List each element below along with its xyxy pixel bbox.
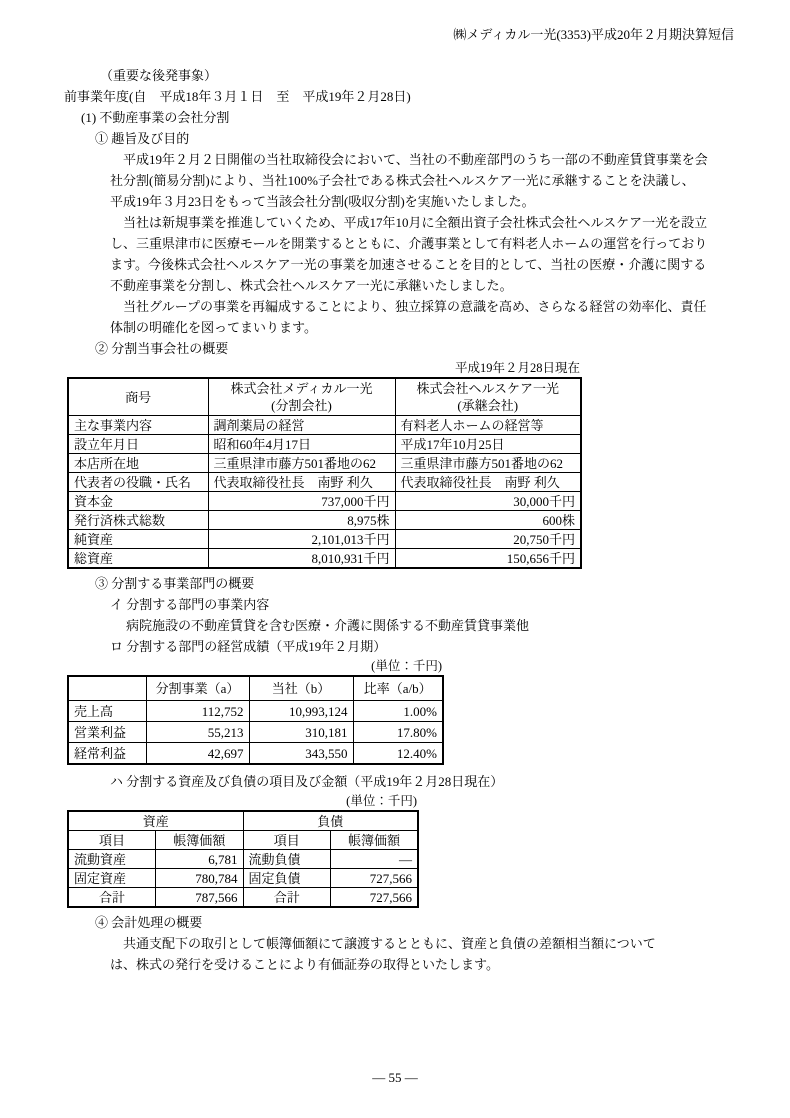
table-row-total: 合計 787,566 合計 727,566 bbox=[68, 888, 418, 908]
split-parties-table: 商号 株式会社メディカル一光 (分割会社) 株式会社ヘルスケア一光 (承継会社)… bbox=[67, 377, 582, 569]
prior-fiscal-year-line: 前事業年度(自 平成18年３月１日 至 平成19年２月28日) bbox=[64, 86, 735, 107]
table-row-fixed: 固定資産 780,784 固定負債 727,566 bbox=[68, 869, 418, 888]
purpose-paragraph-1: 平成19年２月２日開催の当社取締役会において、当社の不動産部門のうち一部の不動産… bbox=[110, 149, 735, 212]
table1-asof-date: 平成19年２月28日現在 bbox=[67, 359, 580, 377]
results-header-row: 分割事業（a） 当社（b） 比率（a/b） bbox=[68, 676, 443, 701]
company-a-name: 株式会社メディカル一光 bbox=[214, 380, 390, 397]
company-b-name: 株式会社ヘルスケア一光 bbox=[401, 380, 576, 397]
division-sub-i-title: イ 分割する部門の事業内容 bbox=[110, 594, 735, 615]
header-book-value: 帳簿価額 bbox=[156, 831, 244, 850]
cell-value-a: 代表取締役社長 南野 利久 bbox=[208, 473, 395, 492]
summary-table-unit-label: (単位：千円) bbox=[67, 657, 442, 675]
row-label-trade-name: 商号 bbox=[68, 378, 208, 416]
document-page: ㈱メディカル一光(3353)平成20年２月期決算短信 （重要な後発事象） 前事業… bbox=[0, 0, 790, 1118]
cell-value-a: 昭和60年4月17日 bbox=[208, 435, 395, 454]
purpose-paragraph-2: 当社は新規事業を推進していくため、平成17年10月に全額出資子会社株式会社ヘルス… bbox=[110, 212, 735, 296]
cell-value-b: 有料老人ホームの経営等 bbox=[395, 416, 581, 435]
header-item: 項目 bbox=[243, 831, 331, 850]
al-table-unit-label: (単位：千円) bbox=[67, 792, 417, 810]
table-row-company-name: 商号 株式会社メディカル一光 (分割会社) 株式会社ヘルスケア一光 (承継会社) bbox=[68, 378, 581, 416]
cell-value-b: 20,750千円 bbox=[395, 530, 581, 549]
purpose-paragraph-3: 当社グループの事業を再編成することにより、独立採算の意識を高め、さらなる経営の効… bbox=[110, 296, 735, 338]
succeeding-company-name-cell: 株式会社ヘルスケア一光 (承継会社) bbox=[395, 378, 581, 416]
division-title: ③ 分割する事業部門の概要 bbox=[95, 573, 735, 594]
liability-item: 流動負債 bbox=[243, 850, 331, 869]
cell-value-a: 8,975株 bbox=[208, 511, 395, 530]
header-split-business: 分割事業（a） bbox=[146, 676, 249, 701]
page-content: （重要な後発事象） 前事業年度(自 平成18年３月１日 至 平成19年２月28日… bbox=[0, 45, 790, 975]
cell-value-a: 2,101,013千円 bbox=[208, 530, 395, 549]
group-header-assets: 資産 bbox=[68, 811, 243, 831]
cell-value-a: 三重県津市藤方501番地の62 bbox=[208, 454, 395, 473]
division-results-table: 分割事業（a） 当社（b） 比率（a/b） 売上高 112,752 10,993… bbox=[67, 675, 444, 765]
row-label: 売上高 bbox=[68, 701, 146, 722]
purpose-title: ① 趣旨及び目的 bbox=[95, 128, 735, 149]
cell-value-a: 調剤薬局の経営 bbox=[208, 416, 395, 435]
row-label: 経常利益 bbox=[68, 743, 146, 765]
asset-item: 流動資産 bbox=[68, 850, 156, 869]
al-column-header-row: 項目 帳簿価額 項目 帳簿価額 bbox=[68, 831, 418, 850]
splitting-company-name-cell: 株式会社メディカル一光 (分割会社) bbox=[208, 378, 395, 416]
liability-value: 727,566 bbox=[331, 888, 419, 908]
cell-company-value: 310,181 bbox=[249, 722, 353, 743]
liability-value: 727,566 bbox=[331, 869, 419, 888]
liability-item: 合計 bbox=[243, 888, 331, 908]
row-label: 代表者の役職・氏名 bbox=[68, 473, 208, 492]
cell-value-b: 30,000千円 bbox=[395, 492, 581, 511]
row-label: 資本金 bbox=[68, 492, 208, 511]
row-label: 営業利益 bbox=[68, 722, 146, 743]
cell-ratio-value: 17.80% bbox=[353, 722, 443, 743]
report-header-title: ㈱メディカル一光(3353)平成20年２月期決算短信 bbox=[0, 0, 790, 45]
overview-title: ② 分割当事会社の概要 bbox=[95, 338, 735, 359]
header-ratio: 比率（a/b） bbox=[353, 676, 443, 701]
cell-value-b: 三重県津市藤方501番地の62 bbox=[395, 454, 581, 473]
asset-value: 787,566 bbox=[156, 888, 244, 908]
header-company: 当社（b） bbox=[249, 676, 353, 701]
company-b-role: (承継会社) bbox=[401, 397, 576, 414]
section-label: （重要な後発事象） bbox=[100, 65, 735, 86]
table-row-sales: 売上高 112,752 10,993,124 1.00% bbox=[68, 701, 443, 722]
cell-value-a: 8,010,931千円 bbox=[208, 549, 395, 569]
row-label: 設立年月日 bbox=[68, 435, 208, 454]
division-sub-ro-title: ロ 分割する部門の経営成績（平成19年２月期） bbox=[110, 636, 735, 657]
division-sub-i-body: 病院施設の不動産賃貸を含む医療・介護に関係する不動産賃貸事業他 bbox=[126, 615, 735, 636]
table-row-head-office: 本店所在地 三重県津市藤方501番地の62 三重県津市藤方501番地の62 bbox=[68, 454, 581, 473]
asset-item: 合計 bbox=[68, 888, 156, 908]
cell-value-b: 600株 bbox=[395, 511, 581, 530]
division-sub-ha-title: ハ 分割する資産及び負債の項目及び金額（平成19年２月28日現在） bbox=[110, 771, 735, 792]
al-group-header-row: 資産 負債 bbox=[68, 811, 418, 831]
cell-value-b: 代表取締役社長 南野 利久 bbox=[395, 473, 581, 492]
cell-value-a: 737,000千円 bbox=[208, 492, 395, 511]
table-row-business: 主な事業内容 調剤薬局の経営 有料老人ホームの経営等 bbox=[68, 416, 581, 435]
accounting-title: ④ 会計処理の概要 bbox=[95, 912, 735, 933]
group-header-liabilities: 負債 bbox=[243, 811, 418, 831]
item1-title: (1) 不動産事業の会社分割 bbox=[81, 107, 735, 128]
header-item: 項目 bbox=[68, 831, 156, 850]
cell-company-value: 10,993,124 bbox=[249, 701, 353, 722]
cell-company-value: 343,550 bbox=[249, 743, 353, 765]
company-a-role: (分割会社) bbox=[214, 397, 390, 414]
cell-ratio-value: 12.40% bbox=[353, 743, 443, 765]
asset-value: 780,784 bbox=[156, 869, 244, 888]
liability-item: 固定負債 bbox=[243, 869, 331, 888]
accounting-paragraph: 共通支配下の取引として帳簿価額にて譲渡するとともに、資産と負債の差額相当額につい… bbox=[110, 933, 735, 975]
row-label: 本店所在地 bbox=[68, 454, 208, 473]
cell-split-value: 112,752 bbox=[146, 701, 249, 722]
row-label: 発行済株式総数 bbox=[68, 511, 208, 530]
table-row-founded: 設立年月日 昭和60年4月17日 平成17年10月25日 bbox=[68, 435, 581, 454]
table-row-ordinary-income: 経常利益 42,697 343,550 12.40% bbox=[68, 743, 443, 765]
table-row-shares-issued: 発行済株式総数 8,975株 600株 bbox=[68, 511, 581, 530]
assets-liabilities-table: 資産 負債 項目 帳簿価額 項目 帳簿価額 流動資産 6,781 流動負債 ― … bbox=[67, 810, 419, 908]
empty-header-cell bbox=[68, 676, 146, 701]
table-row-total-assets: 総資産 8,010,931千円 150,656千円 bbox=[68, 549, 581, 569]
cell-split-value: 55,213 bbox=[146, 722, 249, 743]
asset-value: 6,781 bbox=[156, 850, 244, 869]
page-number: ― 55 ― bbox=[0, 1067, 790, 1088]
asset-item: 固定資産 bbox=[68, 869, 156, 888]
table-row-representative: 代表者の役職・氏名 代表取締役社長 南野 利久 代表取締役社長 南野 利久 bbox=[68, 473, 581, 492]
header-book-value: 帳簿価額 bbox=[331, 831, 419, 850]
table-row-current: 流動資産 6,781 流動負債 ― bbox=[68, 850, 418, 869]
table-row-capital: 資本金 737,000千円 30,000千円 bbox=[68, 492, 581, 511]
row-label: 純資産 bbox=[68, 530, 208, 549]
cell-value-b: 平成17年10月25日 bbox=[395, 435, 581, 454]
cell-value-b: 150,656千円 bbox=[395, 549, 581, 569]
row-label: 総資産 bbox=[68, 549, 208, 569]
liability-value: ― bbox=[331, 850, 419, 869]
table-row-net-assets: 純資産 2,101,013千円 20,750千円 bbox=[68, 530, 581, 549]
cell-split-value: 42,697 bbox=[146, 743, 249, 765]
row-label: 主な事業内容 bbox=[68, 416, 208, 435]
table-row-operating-income: 営業利益 55,213 310,181 17.80% bbox=[68, 722, 443, 743]
cell-ratio-value: 1.00% bbox=[353, 701, 443, 722]
